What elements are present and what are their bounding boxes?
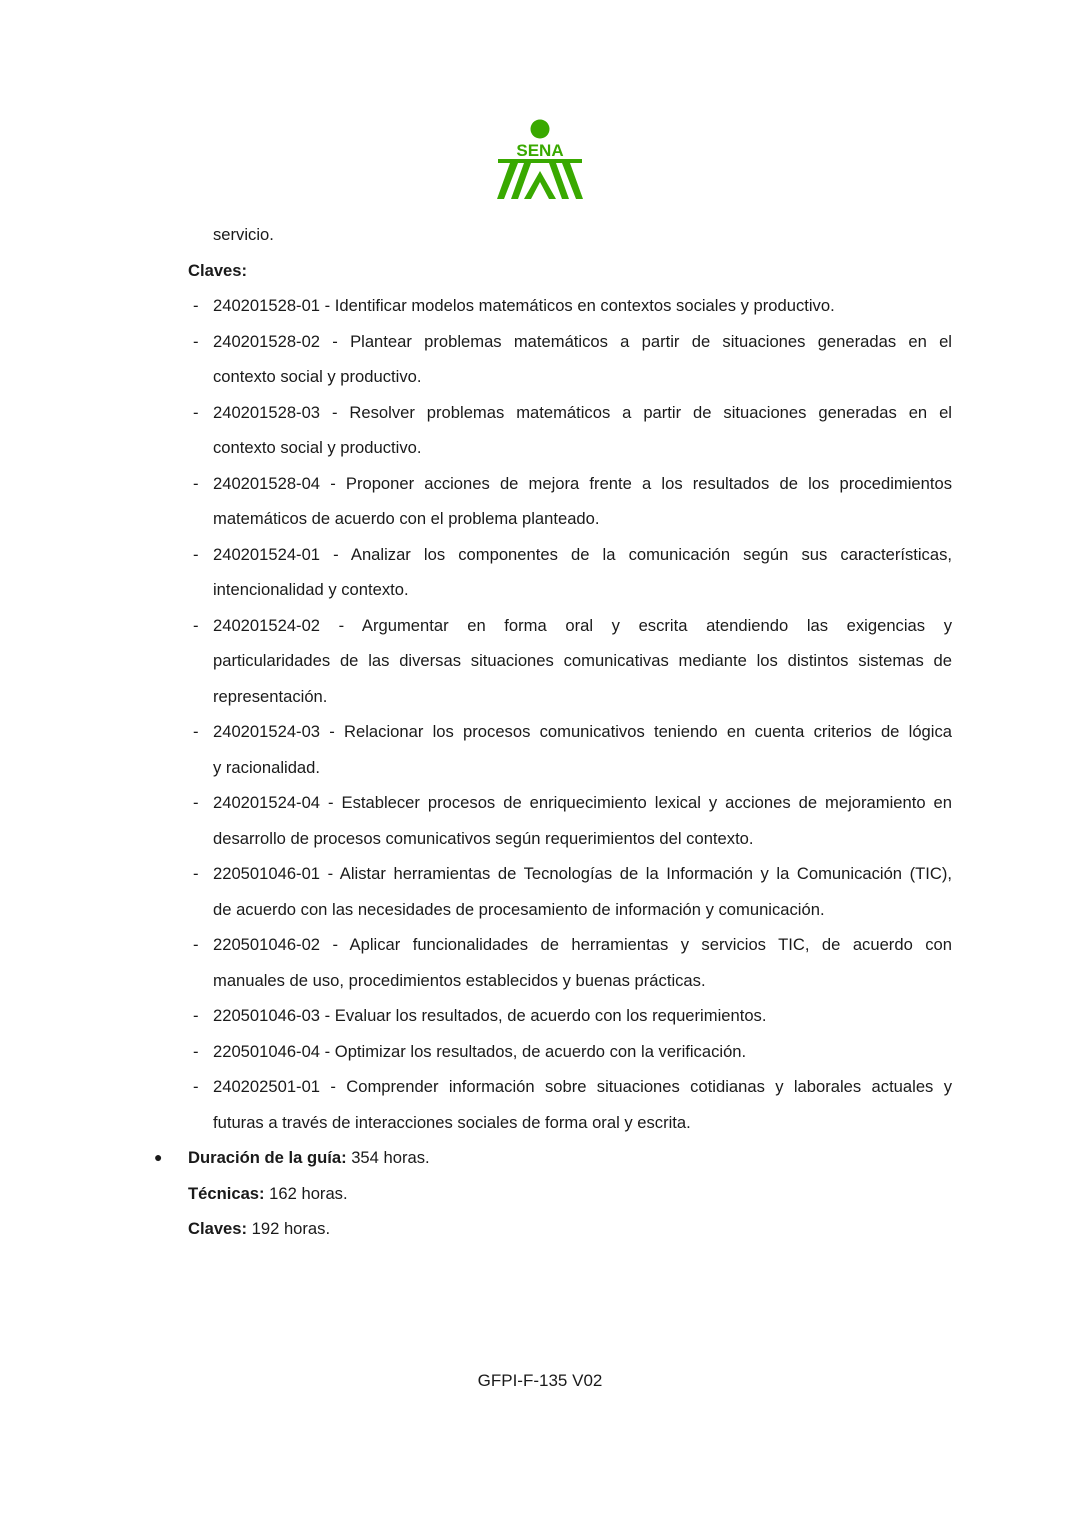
list-item: -240201524-04 - Establecer procesos de e… bbox=[0, 785, 1080, 856]
dash-marker: - bbox=[193, 537, 199, 573]
list-item: -240201528-02 - Plantear problemas matem… bbox=[0, 324, 1080, 395]
list-item-line: 240201528-01 - Identificar modelos matem… bbox=[0, 288, 952, 324]
document-body: servicio. Claves: -240201528-01 - Identi… bbox=[0, 217, 1080, 1247]
list-item-line: representación. bbox=[0, 679, 952, 715]
dash-marker: - bbox=[193, 856, 199, 892]
footer-code: GFPI-F-135 V02 bbox=[0, 1371, 1080, 1391]
dash-marker: - bbox=[193, 998, 199, 1034]
dash-marker: - bbox=[193, 608, 199, 644]
list-item-line: matemáticos de acuerdo con el problema p… bbox=[0, 501, 952, 537]
list-item: -240201528-04 - Proponer acciones de mej… bbox=[0, 466, 1080, 537]
sena-logo: SENA bbox=[496, 119, 584, 201]
claves-hours-label: Claves: bbox=[188, 1219, 247, 1238]
list-item: -240201524-03 - Relacionar los procesos … bbox=[0, 714, 1080, 785]
dash-marker: - bbox=[193, 324, 199, 360]
tecnicas-value: 162 horas. bbox=[265, 1184, 348, 1203]
dash-marker: - bbox=[193, 395, 199, 431]
list-item-line: 220501046-02 - Aplicar funcionalidades d… bbox=[0, 927, 952, 963]
list-item-line: 240201524-02 - Argumentar en forma oral … bbox=[0, 608, 952, 644]
list-item-line: desarrollo de procesos comunicativos seg… bbox=[0, 821, 952, 857]
dash-marker: - bbox=[193, 466, 199, 502]
list-item-line: 220501046-03 - Evaluar los resultados, d… bbox=[0, 998, 952, 1034]
continuation-text: servicio. bbox=[0, 217, 1080, 253]
list-item-line: 240202501-01 - Comprender información so… bbox=[0, 1069, 952, 1105]
claves-hours: Claves: 192 horas. bbox=[0, 1211, 1080, 1247]
claves-heading: Claves: bbox=[0, 253, 1080, 289]
list-item-line: 240201528-03 - Resolver problemas matemá… bbox=[0, 395, 952, 431]
list-item: -240202501-01 - Comprender información s… bbox=[0, 1069, 1080, 1140]
dash-marker: - bbox=[193, 288, 199, 324]
logo-head-icon bbox=[531, 120, 550, 139]
list-item: -220501046-03 - Evaluar los resultados, … bbox=[0, 998, 1080, 1034]
list-item-line: 240201524-03 - Relacionar los procesos c… bbox=[0, 714, 952, 750]
list-item-line: 240201524-01 - Analizar los componentes … bbox=[0, 537, 952, 573]
list-item-line: y racionalidad. bbox=[0, 750, 952, 786]
duration-value: 354 horas. bbox=[347, 1148, 430, 1167]
list-item-line: 240201524-04 - Establecer procesos de en… bbox=[0, 785, 952, 821]
list-item-line: contexto social y productivo. bbox=[0, 359, 952, 395]
list-item-line: contexto social y productivo. bbox=[0, 430, 952, 466]
list-item-line: 220501046-04 - Optimizar los resultados,… bbox=[0, 1034, 952, 1070]
claves-list: -240201528-01 - Identificar modelos mate… bbox=[0, 288, 1080, 1140]
bullet-icon: ● bbox=[154, 1140, 162, 1176]
dash-marker: - bbox=[193, 1034, 199, 1070]
list-item-line: manuales de uso, procedimientos establec… bbox=[0, 963, 952, 999]
dash-marker: - bbox=[193, 714, 199, 750]
list-item: -240201528-03 - Resolver problemas matem… bbox=[0, 395, 1080, 466]
list-item: -220501046-02 - Aplicar funcionalidades … bbox=[0, 927, 1080, 998]
duration-label: Duración de la guía: bbox=[188, 1148, 347, 1167]
list-item-line: de acuerdo con las necesidades de proces… bbox=[0, 892, 952, 928]
list-item-line: 240201528-02 - Plantear problemas matemá… bbox=[0, 324, 952, 360]
list-item: -220501046-04 - Optimizar los resultados… bbox=[0, 1034, 1080, 1070]
logo-text: SENA bbox=[516, 141, 563, 160]
claves-hours-value: 192 horas. bbox=[247, 1219, 330, 1238]
list-item: -220501046-01 - Alistar herramientas de … bbox=[0, 856, 1080, 927]
tecnicas-hours: Técnicas: 162 horas. bbox=[0, 1176, 1080, 1212]
list-item-line: futuras a través de interacciones social… bbox=[0, 1105, 952, 1141]
list-item: -240201524-02 - Argumentar en forma oral… bbox=[0, 608, 1080, 715]
dash-marker: - bbox=[193, 927, 199, 963]
list-item-line: intencionalidad y contexto. bbox=[0, 572, 952, 608]
list-item-line: 240201528-04 - Proponer acciones de mejo… bbox=[0, 466, 952, 502]
duration-item: ● Duración de la guía: 354 horas. bbox=[0, 1140, 1080, 1176]
list-item-line: 220501046-01 - Alistar herramientas de T… bbox=[0, 856, 952, 892]
dash-marker: - bbox=[193, 1069, 199, 1105]
dash-marker: - bbox=[193, 785, 199, 821]
list-item: -240201528-01 - Identificar modelos mate… bbox=[0, 288, 1080, 324]
tecnicas-label: Técnicas: bbox=[188, 1184, 265, 1203]
list-item-line: particularidades de las diversas situaci… bbox=[0, 643, 952, 679]
list-item: -240201524-01 - Analizar los componentes… bbox=[0, 537, 1080, 608]
